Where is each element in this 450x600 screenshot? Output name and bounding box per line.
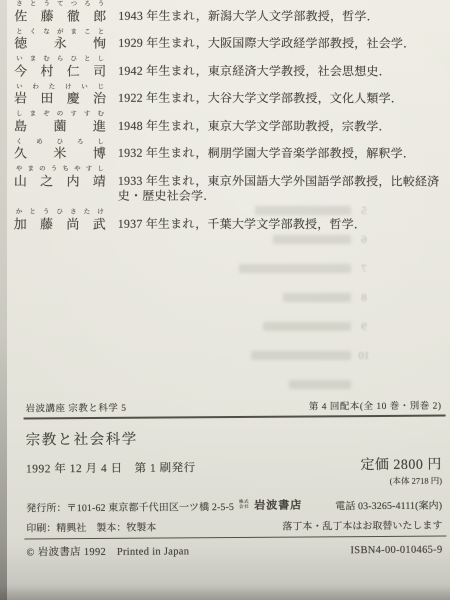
series-title: 岩波講座 宗教と科学 5 bbox=[25, 400, 126, 415]
author-bio: 1932 年生まれ，桐朋学園大学音楽学部教授，解釈学． bbox=[118, 146, 442, 162]
company-mark-bottom: 会社 bbox=[239, 504, 249, 509]
author-name-block: かとうひさたけ 加藤尚武 bbox=[14, 208, 106, 231]
author-name: 加藤尚武 bbox=[14, 216, 106, 232]
kabushiki-gaisha-mark: 株式 会社 bbox=[239, 500, 249, 510]
author-name-block: さとうてつろう 佐藤徹郎 bbox=[14, 0, 106, 23]
author-bio: 1933 年生まれ，東京外国語大学外国語学部教授，比較経済史・歴史社会学． bbox=[118, 173, 442, 205]
author-entry: かとうひさたけ 加藤尚武 1937 年生まれ，千葉大学文学部教授，哲学． bbox=[14, 208, 442, 232]
authors-list: さとうてつろう 佐藤徹郎 1943 年生まれ，新潟大学人文学部教授，哲学． とく… bbox=[14, 0, 443, 237]
bleedthrough-text-smudge bbox=[289, 380, 351, 389]
bleedthrough-mirrored-number: 8 bbox=[358, 292, 370, 304]
author-entry: さとうてつろう 佐藤徹郎 1943 年生まれ，新潟大学人文学部教授，哲学． bbox=[14, 0, 442, 24]
author-bio: 1942 年生まれ，東京経済大学教授，社会思想史． bbox=[118, 63, 442, 79]
author-entry: しまぞのすすむ 島薗進 1948 年生まれ，東京大学文学部助教授，宗教学． bbox=[14, 110, 442, 134]
author-name: 岩田慶治 bbox=[14, 90, 106, 106]
divider-rule-light bbox=[24, 536, 446, 540]
author-name-block: くめひろし 久米博 bbox=[14, 138, 106, 161]
installment-info: 第 4 回配本(全 10 巻・別巻 2) bbox=[309, 398, 442, 413]
publisher-address: 発行所：〒101-62 東京都千代田区一ツ橋 2-5-5 bbox=[26, 498, 234, 514]
author-bio: 1943 年生まれ，新潟大学人文学部教授，哲学． bbox=[118, 8, 442, 24]
copyright-line: © 岩波書店 1992 Printed in Japan bbox=[26, 543, 189, 559]
author-entry: いまむらひとし 今村仁司 1942 年生まれ，東京経済大学教授，社会思想史． bbox=[14, 55, 442, 79]
bleedthrough-row: 7 bbox=[220, 254, 370, 283]
bleedthrough-text-smudge bbox=[251, 351, 351, 360]
price-note: (本体 2718 円) bbox=[360, 475, 442, 488]
author-entry: やまのうちやすし 山之内靖 1933 年生まれ，東京外国語大学外国語学部教授，比… bbox=[14, 165, 442, 205]
colophon: 岩波講座 宗教と科学 5 第 4 回配本(全 10 巻・別巻 2) 宗教と社会科… bbox=[25, 398, 442, 560]
author-name-block: やまのうちやすし 山之内靖 bbox=[14, 165, 106, 204]
author-name: 今村仁司 bbox=[14, 63, 106, 79]
divider-rule-heavy bbox=[24, 415, 446, 420]
publisher-line: 発行所：〒101-62 東京都千代田区一ツ橋 2-5-5 株式 会社 岩波書店 … bbox=[26, 496, 442, 515]
price-block: 定価 2800 円 (本体 2718 円) bbox=[360, 454, 442, 488]
author-name-block: しまぞのすすむ 島薗進 bbox=[14, 110, 106, 133]
bleedthrough-text-smudge bbox=[239, 264, 351, 273]
bleedthrough-row: 9 bbox=[220, 312, 370, 341]
bleedthrough-text-smudge bbox=[283, 293, 351, 302]
author-name-block: いわたけいじ 岩田慶治 bbox=[14, 83, 106, 106]
author-entry: とくながまこと 徳永恂 1929 年生まれ，大阪国際大学政経学部教授，社会学． bbox=[14, 28, 442, 52]
phone-number: 電話 03-3265-4111(案内) bbox=[335, 496, 442, 512]
bleedthrough-mirrored-number: 10 bbox=[358, 350, 370, 362]
author-name: 島薗進 bbox=[14, 118, 106, 134]
author-entry: くめひろし 久米博 1932 年生まれ，桐朋学園大学音楽学部教授，解釈学． bbox=[14, 138, 442, 162]
author-entry: いわたけいじ 岩田慶治 1922 年生まれ，大谷大学文学部教授，文化人類学． bbox=[14, 83, 442, 107]
author-name: 徳永恂 bbox=[14, 35, 106, 51]
page-bottom-shadow bbox=[0, 586, 450, 600]
bleedthrough-text-smudge bbox=[263, 322, 351, 331]
author-furigana: やまのうちやすし bbox=[14, 165, 106, 173]
author-name: 佐藤徹郎 bbox=[14, 8, 106, 24]
author-bio: 1948 年生まれ，東京大学文学部助教授，宗教学． bbox=[118, 118, 442, 134]
bleedthrough-row: 8 bbox=[220, 283, 370, 312]
author-name-block: いまむらひとし 今村仁司 bbox=[14, 55, 106, 78]
bleedthrough-mirrored-number: 9 bbox=[358, 321, 370, 333]
bleedthrough-row: 10 bbox=[220, 341, 370, 370]
book-colophon-page-photo: さとうてつろう 佐藤徹郎 1943 年生まれ，新潟大学人文学部教授，哲学． とく… bbox=[0, 0, 450, 600]
author-name: 久米博 bbox=[14, 145, 106, 161]
return-notice: 落丁本・乱丁本はお取替いたします bbox=[282, 517, 442, 533]
author-name-block: とくながまこと 徳永恂 bbox=[14, 28, 106, 51]
page-gutter-shadow bbox=[0, 0, 7, 600]
isbn: ISBN4-00-010465-9 bbox=[350, 545, 442, 557]
publisher-name: 岩波書店 bbox=[254, 497, 302, 513]
bleedthrough-mirrored-number: 7 bbox=[358, 263, 370, 275]
author-bio: 1937 年生まれ，千葉大学文学部教授，哲学． bbox=[118, 216, 442, 232]
bleedthrough-row bbox=[220, 370, 370, 399]
author-bio: 1922 年生まれ，大谷大学文学部教授，文化人類学． bbox=[118, 91, 442, 107]
book-title: 宗教と社会科学 bbox=[26, 426, 442, 450]
author-name: 山之内靖 bbox=[14, 173, 106, 189]
author-bio: 1929 年生まれ，大阪国際大学政経学部教授，社会学． bbox=[118, 36, 442, 52]
publication-date: 1992 年 12 月 4 日 第 1 刷発行 bbox=[26, 459, 196, 476]
price: 定価 2800 円 bbox=[360, 454, 442, 475]
printer-binder-line: 印刷：精興社 製本：牧製本 bbox=[26, 519, 156, 535]
